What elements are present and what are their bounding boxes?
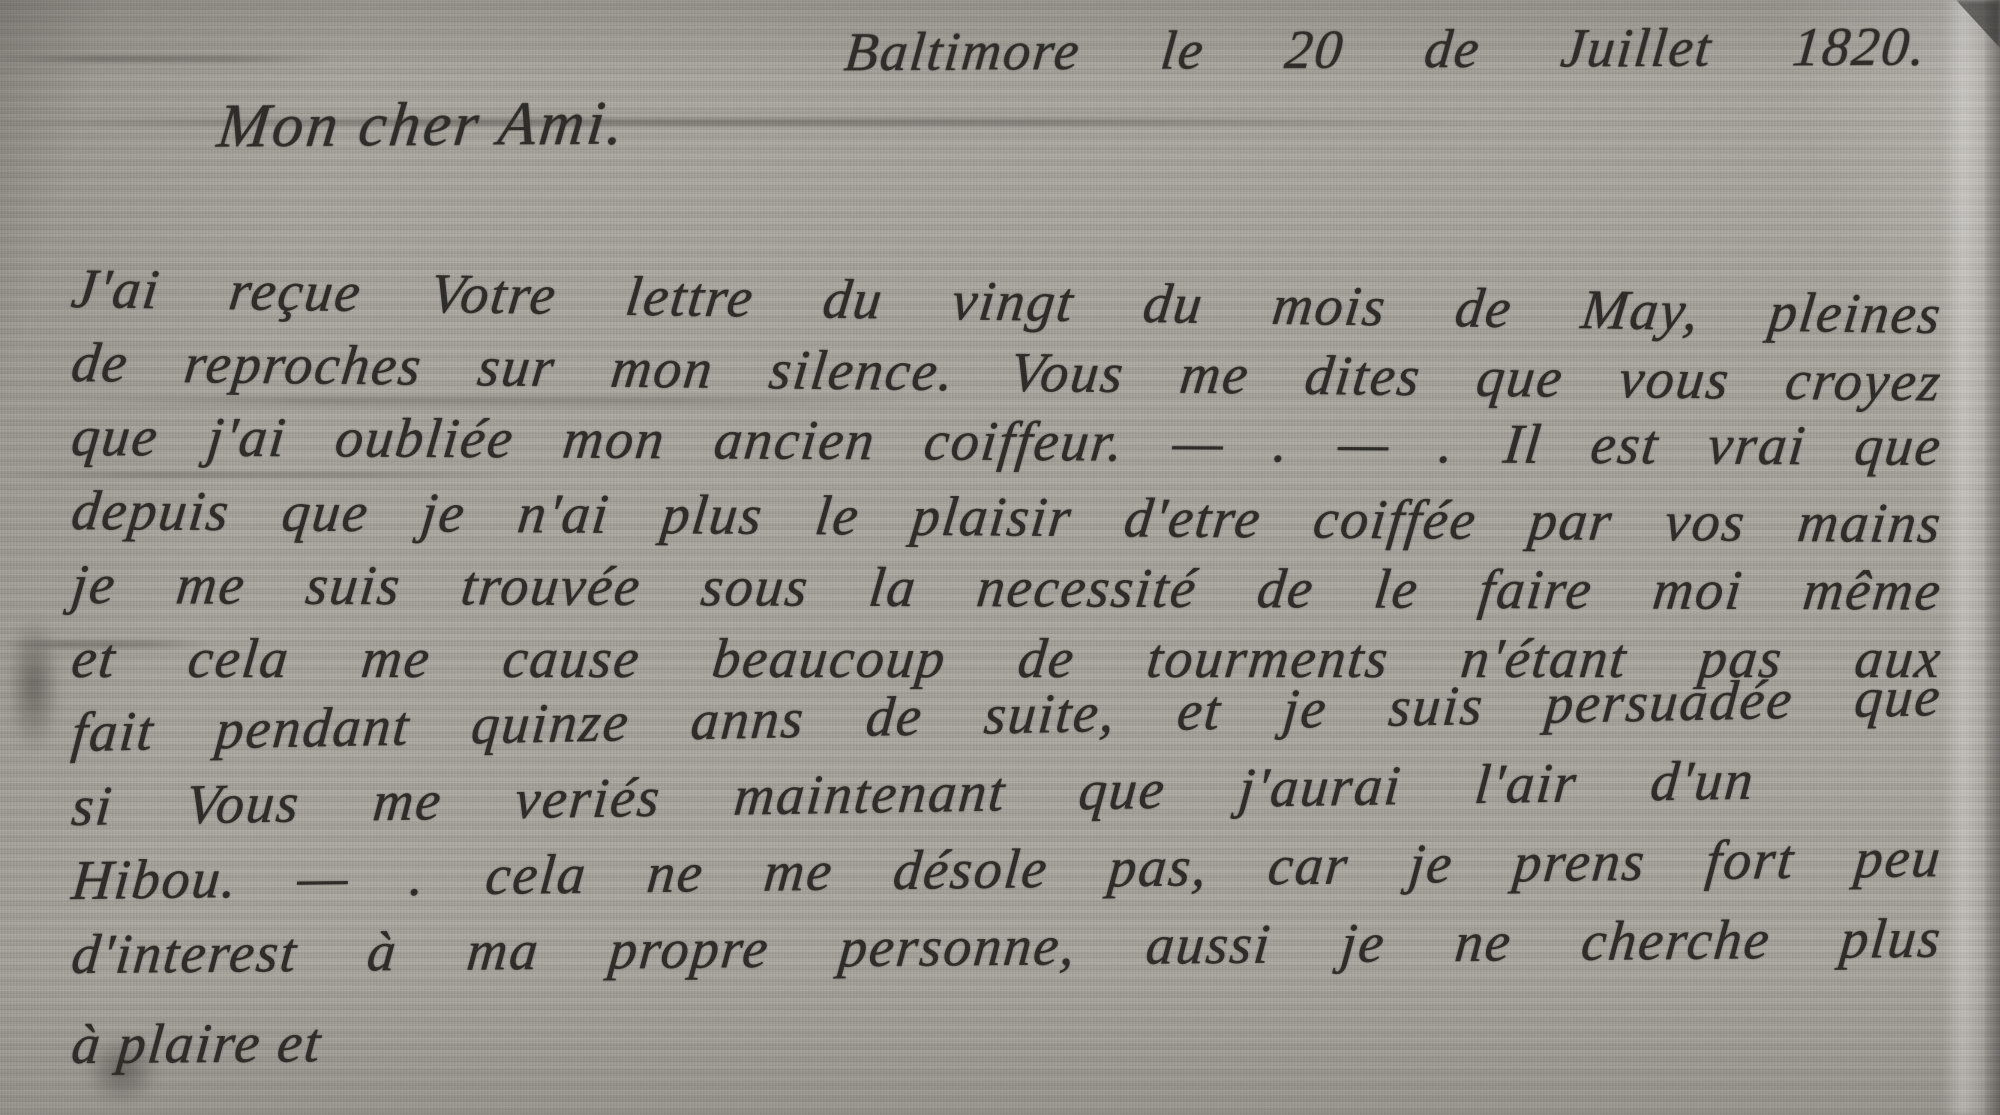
salutation: Mon cher Ami. [214,89,630,163]
body-line: d'interest à ma propre personne, aussi j… [68,902,1945,992]
paper-edge-shadow [1985,0,2000,1115]
body-line: que j'ai oubliée mon ancien coiffeur. — … [68,400,1946,484]
paper-edge-highlight [1942,0,1984,1115]
body-line: je me suis trouvée sous la necessité de … [68,548,1946,628]
scan-streak [0,56,330,62]
ink-smudge [8,615,60,755]
body-line: à plaire et [68,995,1945,1082]
dateline: Baltimore le 20 de Juillet 1820. [842,14,1930,83]
letter-page: Baltimore le 20 de Juillet 1820. Mon che… [0,0,2000,1115]
letter-body: J'ai reçue Votre lettre du vingt du mois… [72,252,1942,1082]
